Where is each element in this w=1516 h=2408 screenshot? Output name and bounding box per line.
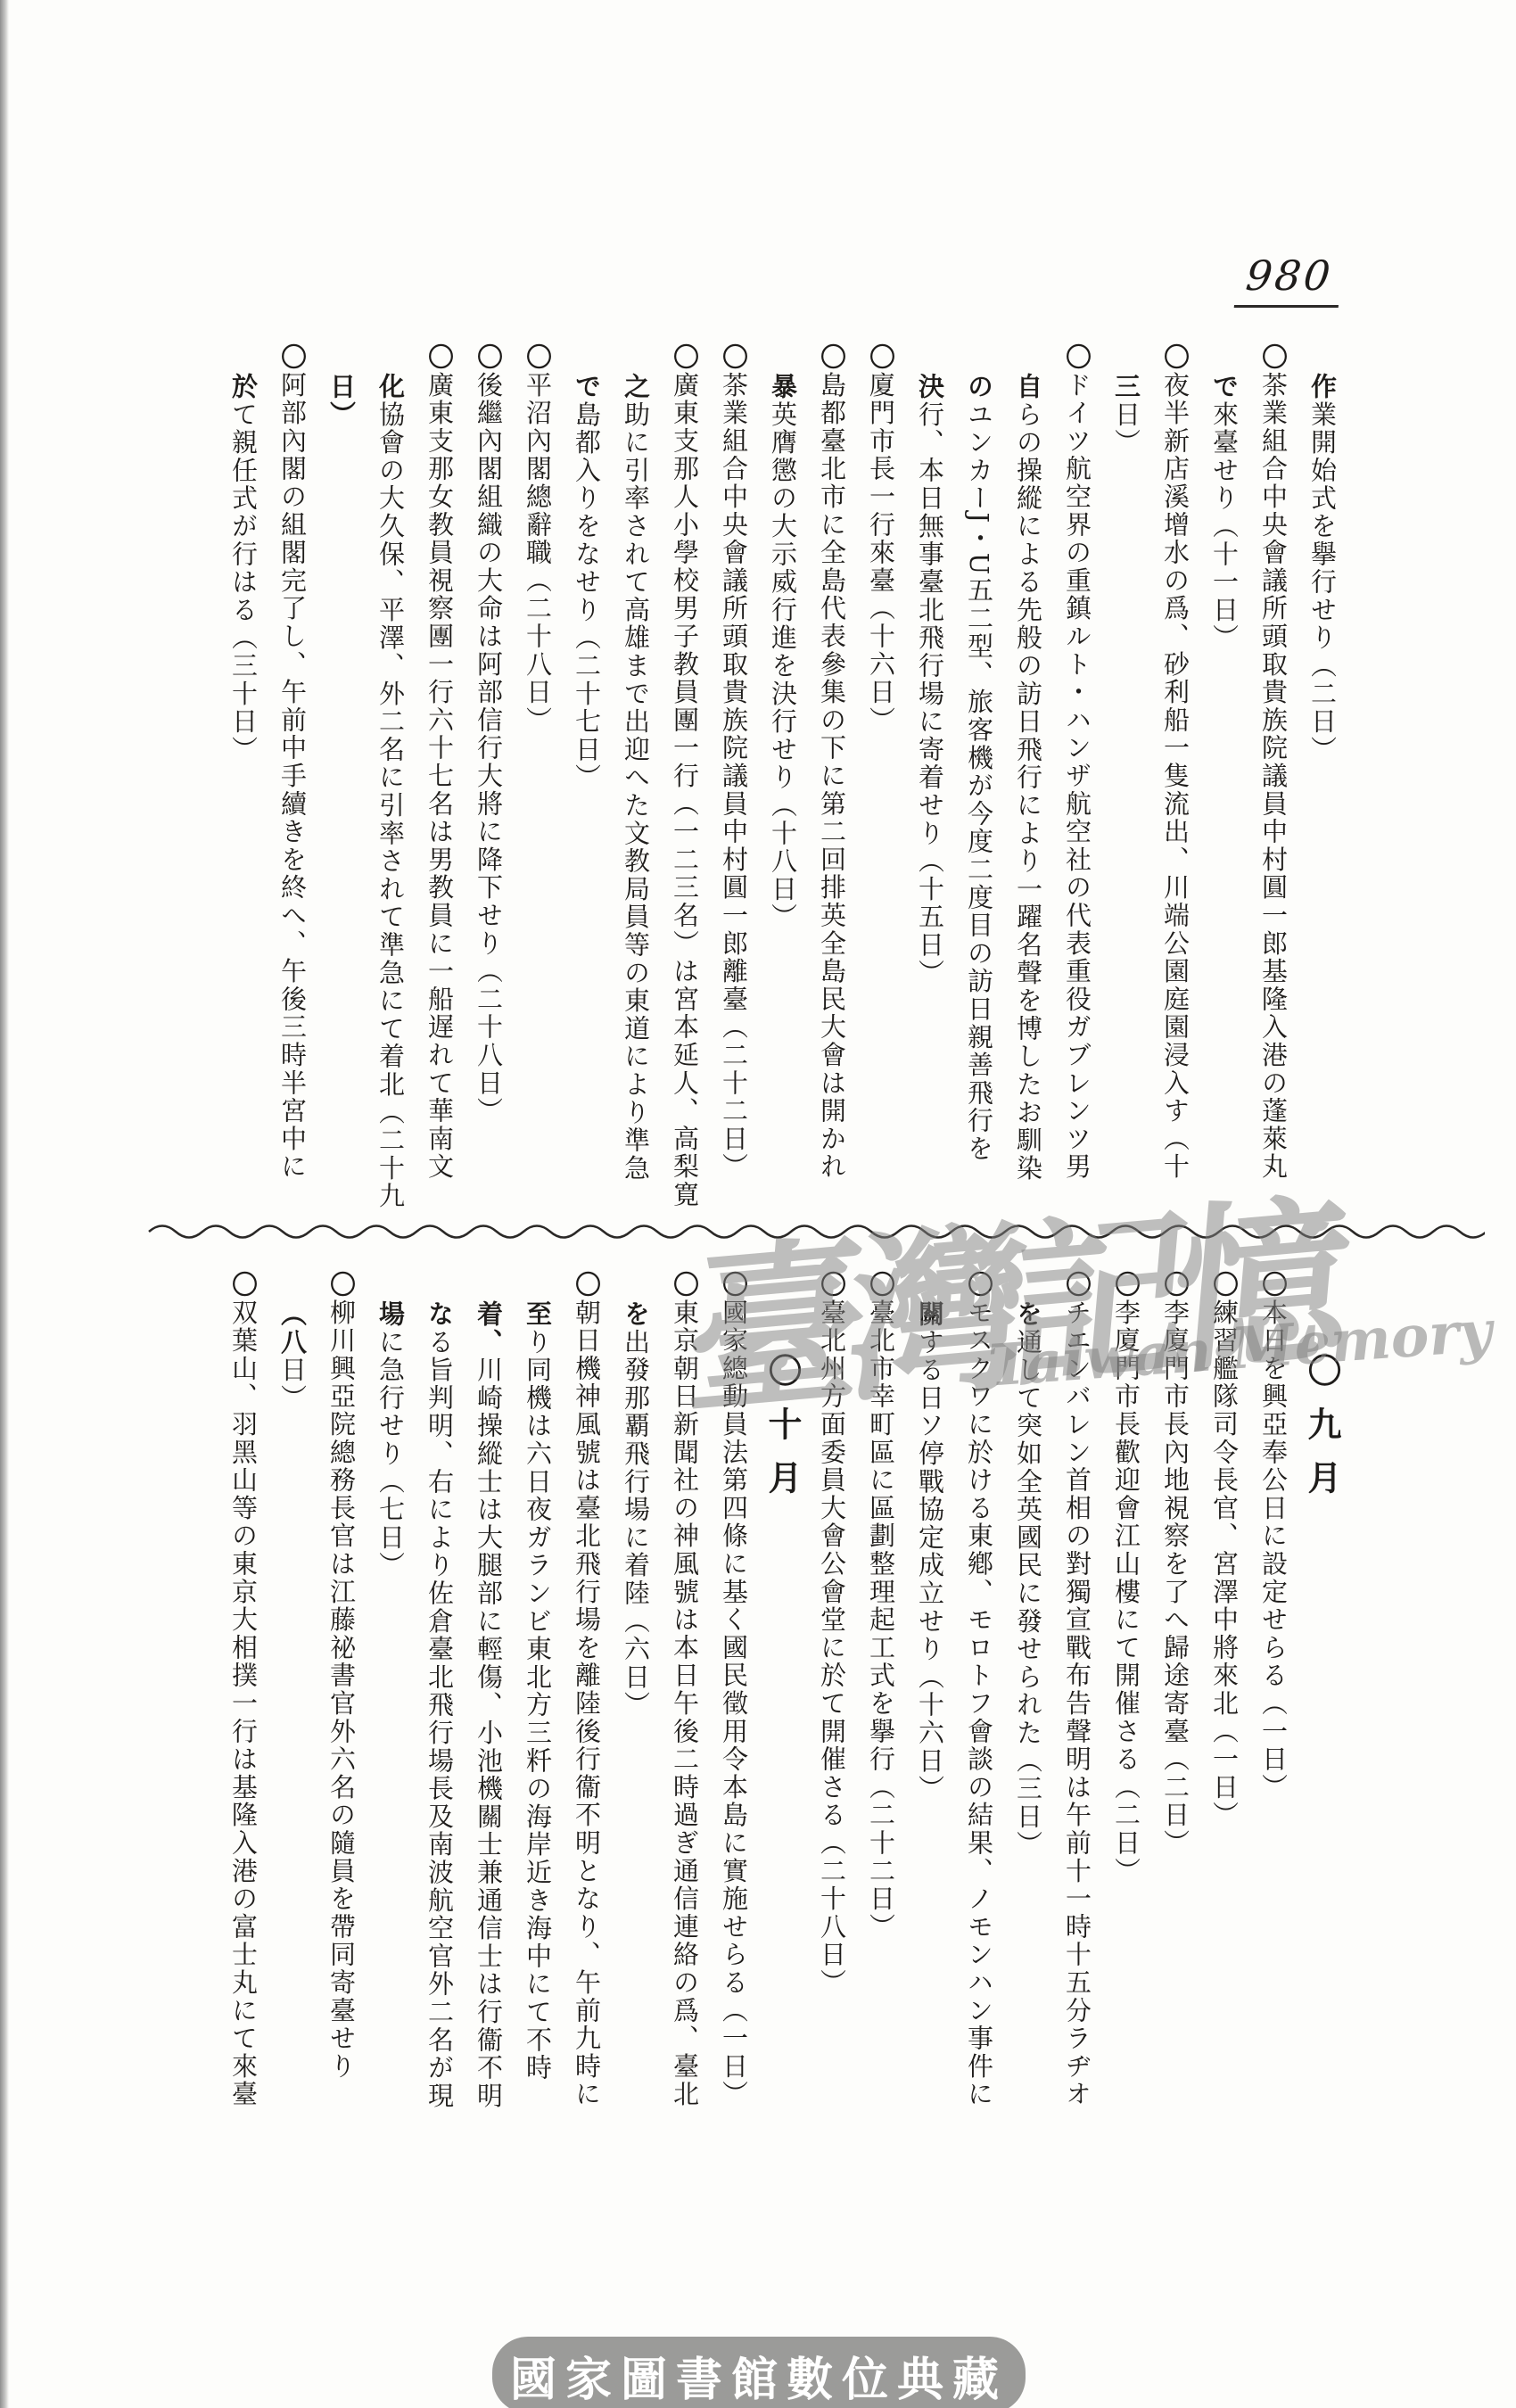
text-column: 〇本日を興亞奉公日に設定せらる（一日） bbox=[1248, 1271, 1298, 2136]
text-column: 〇朝日機神風號は臺北飛行場を離陸後行衞不明となり、午前九時に bbox=[562, 1271, 611, 2136]
text-column: 自らの操縱による先般の訪日飛行により一躍名聲を博したお馴染 bbox=[1003, 343, 1052, 1222]
text-column: を出發那覇飛行場に着陸（六日） bbox=[611, 1271, 660, 2136]
text-column: 〇ドイツ航空界の重鎮ルト・ハンザ航空社の代表重役ガブレンツ男 bbox=[1052, 343, 1101, 1222]
text-column: 〇夜半新店溪增水の爲、砂利船一隻流出、川端公園庭園浸入す（十 bbox=[1150, 343, 1199, 1222]
text-column: 〇阿部內閣の組閣完了し、午前中手續きを終へ、午後三時半宮中に bbox=[268, 343, 317, 1222]
scan-edge-shadow bbox=[0, 0, 9, 2408]
text-column: 之助に引率されて高雄まで出迎へた文教局員等の東道により準急 bbox=[611, 343, 660, 1222]
text-column: なる旨判明、右により佐倉臺北飛行場長及南波航空官外二名が現 bbox=[415, 1271, 464, 2136]
library-digital-archive-stamp: 國家圖書館數位典藏 bbox=[492, 2337, 1026, 2408]
text-column: 〇練習艦隊司令長官、宮澤中將來北（一日） bbox=[1199, 1271, 1248, 2136]
text-column: 作業開始式を擧行せり（二日） bbox=[1298, 343, 1347, 1222]
text-column: 〇柳川興亞院總務長官は江藤祕書官外六名の隨員を帶同寄臺せり bbox=[317, 1271, 366, 2136]
text-column: （八日） bbox=[268, 1271, 317, 2136]
text-column: 〇廣東支那女教員視察團一行六十七名は男教員に一船遅れて華南文 bbox=[415, 343, 464, 1222]
text-column: 〇双葉山、羽黑山等の東京大相撲一行は基隆入港の富士丸にて來臺 bbox=[218, 1271, 268, 2136]
text-column: 〇茶業組合中央會議所頭取貴族院議員中村圓一郎基隆入港の蓬萊丸 bbox=[1248, 343, 1298, 1222]
scanned-page: { "page": { "number": "980", "watermark"… bbox=[0, 0, 1516, 2408]
text-column: 三日） bbox=[1101, 343, 1150, 1222]
text-column: 場に急行せり（七日） bbox=[366, 1271, 415, 2136]
text-column: のユンカーJ・U五二型、旅客機が今度二度目の訪日親善飛行を bbox=[954, 343, 1003, 1222]
text-column: 決行、本日無事臺北飛行場に寄着せり（十五日） bbox=[905, 343, 954, 1222]
text-column: 着、川崎操縱士は大腿部に輕傷、小池機關士兼通信士は行衞不明 bbox=[464, 1271, 513, 2136]
text-column: 〇平沼內閣總辭職（二十八日） bbox=[513, 343, 562, 1222]
text-column: 〇廣東支那人小學校男子教員團一行（一二三名）は宮本延人、高梨寛 bbox=[660, 343, 709, 1222]
text-column: 〇後繼內閣組織の大命は阿部信行大將に降下せり（二十八日） bbox=[464, 343, 513, 1222]
text-column: 至り同機は六日夜ガランビ東北方三粁の海岸近き海中にて不時 bbox=[513, 1271, 562, 2136]
text-column: 化協會の大久保、平澤、外二名に引率されて準急にて着北（二十九 bbox=[366, 343, 415, 1222]
text-column: で島都入りをなせり（二十七日） bbox=[562, 343, 611, 1222]
text-column: 〇島都臺北市に全島代表參集の下に第二回排英全島民大會は開かれ bbox=[807, 343, 856, 1222]
text-column: で來臺せり（十一日） bbox=[1199, 343, 1248, 1222]
text-column: 暴英膺懲の大示威行進を決行せり（十八日） bbox=[758, 343, 807, 1222]
text-column: 〇茶業組合中央會議所頭取貴族院議員中村圓一郎離臺（二十二日） bbox=[709, 343, 758, 1222]
month-header: 〇九月 bbox=[1298, 1271, 1347, 2136]
top-text-block: 作業開始式を擧行せり（二日）〇茶業組合中央會議所頭取貴族院議員中村圓一郎基隆入港… bbox=[218, 343, 1347, 1222]
text-column: 於て親任式が行はる（三十日） bbox=[218, 343, 268, 1222]
text-column: 〇廈門市長一行來臺（十六日） bbox=[856, 343, 905, 1222]
text-column: 日） bbox=[317, 343, 366, 1222]
page-number: 980 bbox=[1234, 252, 1344, 308]
